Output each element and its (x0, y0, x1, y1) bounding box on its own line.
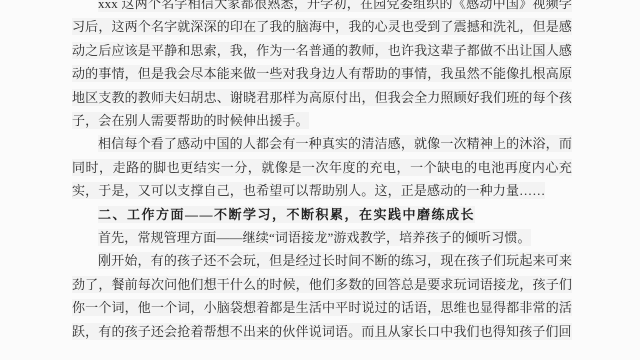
paragraph-text: xxx 这两个名字相信大家都很熟悉，开学初，在园党委组织的《感动中国》视频学习后… (72, 0, 572, 129)
text-paragraph: 相信每个看了感动中国的人都会有一种真实的清洁感，就像一次精神上的沐浴，而同时，走… (72, 132, 572, 202)
text-paragraph: 首先，常规管理方面——继续“词语接龙”游戏教学，培养孩子的倾听习惯。 (72, 226, 572, 249)
paragraph-text: 刚开始，有的孩子还不会玩，但是经过长时间不断的练习，现在孩子们玩起来可来劲了，餐… (72, 252, 572, 339)
section-heading: 二、工作方面——不断学习，不断积累，在实践中磨练成长 (72, 203, 572, 226)
document-text-block: xxx 这两个名字相信大家都很熟悉，开学初，在园党委组织的《感动中国》视频学习后… (72, 0, 572, 343)
document-page: xxx 这两个名字相信大家都很熟悉，开学初，在园党委组织的《感动中国》视频学习后… (0, 0, 640, 360)
section-heading-text: 二、工作方面——不断学习，不断积累，在实践中磨练成长 (98, 206, 475, 223)
text-paragraph: 刚开始，有的孩子还不会玩，但是经过长时间不断的练习，现在孩子们玩起来可来劲了，餐… (72, 249, 572, 343)
paragraph-text: 相信每个看了感动中国的人都会有一种真实的清洁感，就像一次精神上的沐浴，而同时，走… (72, 135, 572, 199)
paragraph-text: 首先，常规管理方面——继续“词语接龙”游戏教学，培养孩子的倾听习惯。 (98, 229, 531, 246)
text-paragraph: xxx 这两个名字相信大家都很熟悉，开学初，在园党委组织的《感动中国》视频学习后… (72, 0, 572, 132)
